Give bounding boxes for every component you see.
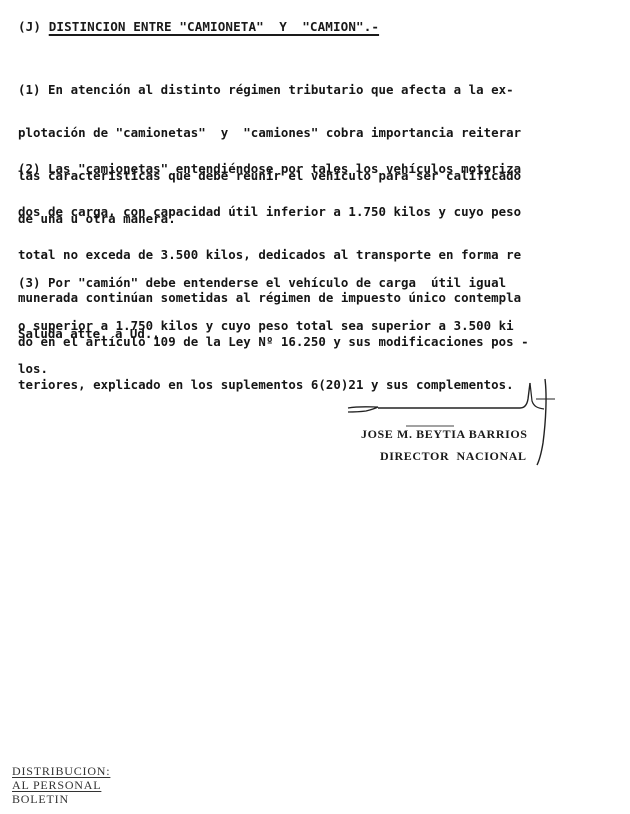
section-heading: (J) DISTINCION ENTRE "CAMIONETA" Y "CAMI… bbox=[18, 19, 379, 34]
paragraph-line: dos de carga, con capacidad útil inferio… bbox=[18, 205, 529, 219]
section-title: DISTINCION ENTRE "CAMIONETA" Y "CAMION".… bbox=[49, 19, 379, 34]
distribution-item: AL PERSONAL bbox=[12, 778, 110, 792]
paragraph-line: (3) Por "camión" debe entenderse el vehí… bbox=[18, 276, 514, 290]
signatory-name: JOSE M. BEYTIA BARRIOS bbox=[361, 427, 528, 442]
distribution-heading: DISTRIBUCION: bbox=[12, 764, 110, 778]
distribution-item: BOLETIN bbox=[12, 792, 110, 806]
section-label: (J) bbox=[18, 19, 49, 34]
closing-salutation: Saluda atte. a Ud., bbox=[18, 326, 160, 341]
signature-block: JOSE M. BEYTIA BARRIOS DIRECTOR NACIONAL bbox=[340, 375, 580, 475]
paragraph-line: (2) Las "camionetas" entendiéndose por t… bbox=[18, 162, 529, 176]
paragraph-line: (1) En atención al distinto régimen trib… bbox=[18, 83, 521, 97]
document-page: (J) DISTINCION ENTRE "CAMIONETA" Y "CAMI… bbox=[0, 0, 630, 814]
signatory-title: DIRECTOR NACIONAL bbox=[380, 449, 527, 464]
distribution-list: DISTRIBUCION: AL PERSONAL BOLETIN bbox=[12, 764, 110, 806]
